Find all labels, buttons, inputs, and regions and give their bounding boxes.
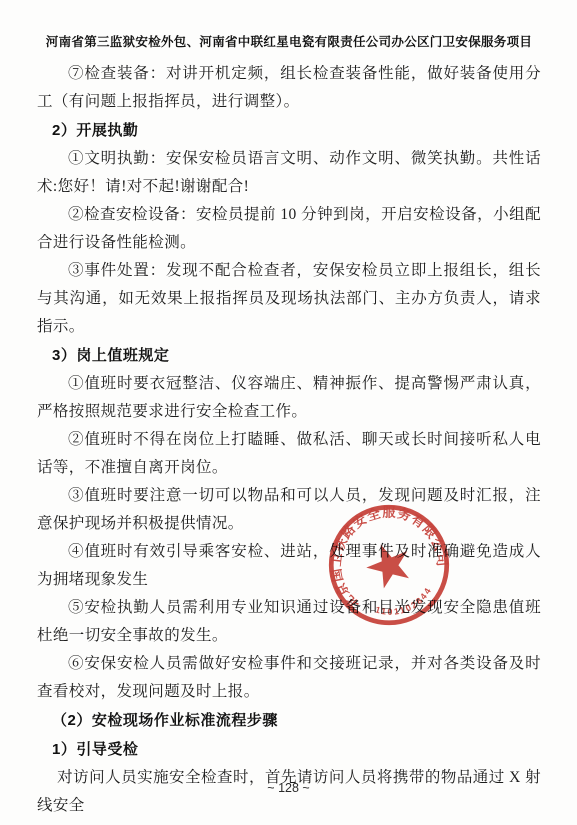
document-page: 河南省第三监狱安检外包、河南省中联红星电瓷有限责任公司办公区门卫安保服务项目 ⑦… bbox=[0, 0, 577, 825]
section-heading: 3）岗上值班规定 bbox=[37, 342, 541, 370]
section-heading: 1）引导受检 bbox=[37, 736, 541, 764]
paragraph: ②检查安检设备：安检员提前 10 分钟到岗，开启安检设备，小组配合进行设备性能检… bbox=[37, 201, 541, 257]
paragraph: ②值班时不得在岗位上打瞌睡、做私活、聊天或长时间接听私人电话等，不准擅自离开岗位… bbox=[37, 426, 541, 482]
section-heading: 2）开展执勤 bbox=[37, 117, 541, 145]
paragraph: ①文明执勤：安保安检员语言文明、动作文明、微笑执勤。共性话术:您好！请!对不起!… bbox=[37, 145, 541, 201]
paragraph: ③事件处置：发现不配合检查者，安保安检员立即上报组长，组长与其沟通，如无效果上报… bbox=[37, 257, 541, 341]
paragraph: ③值班时要注意一切可以物品和可以人员，发现问题及时汇报，注意保护现场并积极提供情… bbox=[37, 482, 541, 538]
paragraph: ①值班时要衣冠整洁、仪容端庄、精神振作、提高警惕严肃认真，严格按照规范要求进行安… bbox=[37, 370, 541, 426]
paragraph: ⑦检查装备：对讲开机定频，组长检查装备性能，做好装备使用分工（有问题上报指挥员，… bbox=[37, 60, 541, 116]
paragraph: ④值班时有效引导乘客安检、进站，处理事件及时准确避免造成人为拥堵现象发生 bbox=[37, 538, 541, 594]
document-content: 河南省第三监狱安检外包、河南省中联红星电瓷有限责任公司办公区门卫安保服务项目 ⑦… bbox=[37, 33, 541, 820]
paragraph: ⑤安检执勤人员需利用专业知识通过设备和目光发现安全隐患值班杜绝一切安全事故的发生… bbox=[37, 594, 541, 650]
section-heading: （2）安检现场作业标准流程步骤 bbox=[37, 707, 541, 735]
document-header-title: 河南省第三监狱安检外包、河南省中联红星电瓷有限责任公司办公区门卫安保服务项目 bbox=[37, 33, 541, 51]
page-number: ~ 128 ~ bbox=[0, 781, 577, 795]
paragraph: ⑥安保安检人员需做好安检事件和交接班记录，并对各类设备及时查看校对，发现问题及时… bbox=[37, 650, 541, 706]
